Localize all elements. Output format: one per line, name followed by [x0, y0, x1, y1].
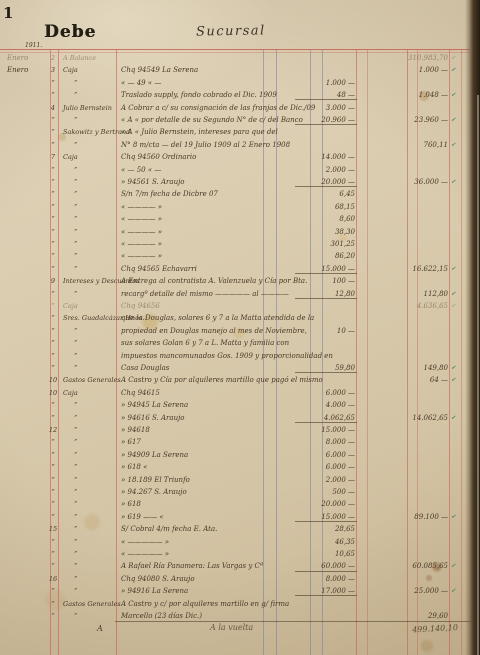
cell-partial-amount: 6,45	[268, 190, 355, 198]
cell-total-amount: 23.960 —	[385, 116, 448, 124]
audit-tick-icon	[451, 438, 461, 440]
audit-tick-icon	[451, 599, 461, 601]
audit-tick-icon	[451, 152, 461, 154]
cell-day: ”	[46, 79, 60, 87]
cell-day: ”	[46, 203, 60, 211]
cell-partial-amount: 68,15	[268, 203, 355, 211]
cell-partial-amount: 1.000 —	[268, 79, 355, 87]
audit-tick-icon	[451, 500, 461, 502]
cell-partial-amount: 20.960 —	[268, 116, 355, 124]
audit-tick-icon	[451, 239, 461, 241]
cell-detail: Marcello (23 días Dic.)	[121, 612, 371, 620]
cell-day: ”	[46, 116, 60, 124]
ledger-row: ” ” » 94909 La Serena 6.000 —	[0, 450, 480, 463]
ledger-row: ” ” » 618 20.000 —	[0, 499, 480, 512]
footer-catchword: A	[97, 624, 103, 633]
cell-day: ”	[46, 401, 60, 409]
cell-partial-amount: 15.000 —	[268, 513, 355, 521]
ledger-row: ” ” » 18.189 El Triunfo 2.000 —	[0, 475, 480, 488]
audit-tick-icon: ✓	[450, 512, 461, 522]
ledger-row: 12 ” » 94618 15.000 —	[0, 425, 480, 438]
cell-partial-amount: 2.000 —	[268, 476, 355, 484]
ledger-row: 16 ” Chq 94080 S. Araujo 8.000 —	[0, 574, 480, 587]
cell-partial-amount: 15.000 —	[268, 265, 355, 273]
cell-day: ”	[46, 252, 60, 260]
cell-day: 9	[46, 277, 60, 285]
cell-month: Enero	[7, 66, 47, 74]
cell-day: ”	[46, 587, 60, 595]
cell-day: ”	[46, 240, 60, 248]
cell-total-amount: 4.636,65	[385, 302, 448, 310]
audit-tick-icon	[451, 103, 461, 105]
cell-day: ”	[46, 600, 60, 608]
audit-tick-icon: ✓	[450, 586, 461, 596]
ledger-row: ” ” « ———— » 38,30	[0, 227, 480, 240]
cell-day: ”	[46, 550, 60, 558]
cell-day: ”	[46, 513, 60, 521]
cell-partial-amount: 8,60	[268, 215, 355, 223]
cell-month: Enero	[7, 54, 47, 62]
ledger-row: ” Gastos Generales A Castro y c/ por alq…	[0, 599, 480, 612]
cell-partial-amount: 59,80	[268, 364, 355, 372]
ledger-row: ” ” Traslado supply, fondo cobrado el Di…	[0, 90, 480, 103]
cell-partial-amount: 6.000 —	[268, 463, 355, 471]
cell-account: A Balance	[63, 54, 193, 62]
cell-partial-amount: 4.000 —	[268, 401, 355, 409]
ledger-row: 15 ” S/ Cobral 4/m fecha E. Ata. 28,65	[0, 524, 480, 537]
ledger-row: ” ” « ———— » 86,20	[0, 251, 480, 264]
cell-partial-amount: 48 —	[268, 91, 355, 99]
ledger-row: ” ” « ———— » 301,25	[0, 239, 480, 252]
cell-day: 4	[46, 104, 60, 112]
ledger-row: ” ” » 618 « 6.000 —	[0, 462, 480, 475]
ledger-row: ” ” sus solares Golan 6 y 7 a L. Matta y…	[0, 338, 480, 351]
cell-total-amount: 760,11	[385, 141, 448, 149]
cell-day: 3	[46, 66, 60, 74]
ledger-row: ” ” recargº detalle del mismo ————— al —…	[0, 289, 480, 302]
cell-day: ”	[46, 352, 60, 360]
cell-detail: Chq 94549 La Serena	[121, 66, 371, 74]
cell-partial-amount: 20.000 —	[268, 500, 355, 508]
cell-partial-amount: 86,20	[268, 252, 355, 260]
ledger-row: 7 Caja Chq 94560 Ordinario 14.000 —	[0, 152, 480, 165]
audit-tick-icon: ✓	[450, 413, 461, 423]
cell-day: ”	[46, 463, 60, 471]
audit-tick-icon	[451, 252, 461, 254]
cell-detail: sus solares Golan 6 y 7 a L. Matta y fam…	[121, 339, 371, 347]
cell-total-amount: 64 —	[385, 376, 448, 384]
cell-total-amount: 36.000 —	[385, 178, 448, 186]
cell-total-amount: 14.062,65	[385, 414, 448, 422]
cell-day: 16	[46, 575, 60, 583]
audit-tick-icon	[451, 202, 461, 204]
cell-total-amount: 149,80	[385, 364, 448, 372]
audit-tick-icon	[451, 549, 461, 551]
cell-day: ”	[46, 314, 60, 322]
ledger-row: ” ” propiedad en Douglas manejo al mes d…	[0, 326, 480, 339]
cell-day: ”	[46, 612, 60, 620]
cell-partial-amount: 28,65	[268, 525, 355, 533]
cell-partial-amount: 38,30	[268, 228, 355, 236]
cell-total-amount: 310.983,70	[385, 54, 448, 62]
cell-total-amount: 60.085,65	[385, 562, 448, 570]
cell-day: ”	[46, 302, 60, 310]
cell-partial-amount: 6.000 —	[268, 451, 355, 459]
cell-day: 10	[46, 376, 60, 384]
audit-tick-icon	[451, 524, 461, 526]
audit-tick-icon: ✓	[450, 562, 461, 572]
cell-day: ”	[46, 178, 60, 186]
audit-tick-icon	[451, 214, 461, 216]
ledger-row: ” ” » 94616 S. Araujo 4.062,65 14.062,65…	[0, 413, 480, 426]
cell-day: ”	[46, 476, 60, 484]
audit-tick-icon	[451, 276, 461, 278]
cell-total-amount: 1.000 —	[385, 66, 448, 74]
audit-tick-icon	[451, 326, 461, 328]
ledger-row: ” ” « ————— » 10,65	[0, 549, 480, 562]
cell-day: 15	[46, 525, 60, 533]
audit-tick-icon	[451, 475, 461, 477]
ledger-row: ” ” « A « por detalle de su Segundo N° d…	[0, 115, 480, 128]
cell-detail: N° 8 m/cta — del 19 Julio 1909 al 2 Ener…	[121, 141, 371, 149]
cell-detail: A Castro y c/ por alquileres martillo en…	[121, 600, 371, 608]
ledger-row: 4 Julio Bernstein A Cobrar a c/ su consi…	[0, 103, 480, 116]
cell-day: ”	[46, 438, 60, 446]
ledger-row: ” ” » 617 8.000 —	[0, 437, 480, 450]
audit-tick-icon	[451, 78, 461, 80]
ledger-row: Enero 2 A Balance 310.983,70 ✓	[0, 53, 480, 66]
cell-day: ”	[46, 215, 60, 223]
ledger-row: 10 Gastos Generales A Castro y Cía por a…	[0, 375, 480, 388]
cell-partial-amount: 100 —	[268, 277, 355, 285]
audit-tick-icon: ✓	[450, 66, 461, 76]
cell-day: ”	[46, 488, 60, 496]
cell-partial-amount: 500 —	[268, 488, 355, 496]
cell-day: ”	[46, 166, 60, 174]
cell-partial-amount: 3.000 —	[268, 104, 355, 112]
cell-day: 10	[46, 389, 60, 397]
cell-partial-amount: 4.062,65	[268, 414, 355, 422]
cell-day: ”	[46, 128, 60, 136]
audit-tick-icon	[451, 388, 461, 390]
cell-partial-amount: 12,80	[268, 290, 355, 298]
cell-total-amount: 1.048 —	[385, 91, 448, 99]
ledger-row: 9 Intereses y Descuentos A Entrega al co…	[0, 276, 480, 289]
audit-tick-icon	[451, 425, 461, 427]
audit-tick-icon	[451, 611, 461, 613]
cell-day: 2	[46, 54, 60, 62]
ledger-row: ” ” N° 8 m/cta — del 19 Julio 1909 al 2 …	[0, 140, 480, 153]
cell-day: ”	[46, 538, 60, 546]
audit-tick-icon: ✓	[450, 264, 461, 274]
cell-day: ”	[46, 500, 60, 508]
cell-detail: impuestos mancomunados Gos. 1909 y propo…	[121, 352, 371, 360]
cell-day: ”	[46, 414, 60, 422]
ledger-row: ” ” » 94561 S. Araujo 20.000 — 36.000 — …	[0, 177, 480, 190]
ledger-row: ” ” « — 50 « — 2.000 —	[0, 165, 480, 178]
audit-tick-icon	[451, 574, 461, 576]
ledger-row: ” ” Casa Douglas 59,80 149,80 ✓	[0, 363, 480, 376]
footer-sum-rule	[115, 621, 471, 622]
audit-tick-icon	[451, 165, 461, 167]
ledger-row: ” ” « ————— » 46,35	[0, 537, 480, 550]
ledger-row: ” ” « ———— » 68,15	[0, 202, 480, 215]
cell-partial-amount: 8.000 —	[268, 575, 355, 583]
ledger-row: ” ” » 619 —— « 15.000 — 89.100 — ✓	[0, 512, 480, 525]
cell-partial-amount: 10 —	[268, 327, 355, 335]
cell-day: ”	[46, 364, 60, 372]
audit-tick-icon: ✓	[450, 301, 461, 311]
ledger-page: 1 Debe Sucursal 1911. Enero 2 A Balance …	[0, 0, 480, 655]
cell-partial-amount: 10,65	[268, 550, 355, 558]
audit-tick-icon: ✓	[450, 289, 461, 299]
audit-tick-icon: ✓	[450, 53, 461, 63]
ledger-row: ” ” impuestos mancomunados Gos. 1909 y p…	[0, 351, 480, 364]
cell-partial-amount: 301,25	[268, 240, 355, 248]
cell-total-amount: 89.100 —	[385, 513, 448, 521]
audit-tick-icon: ✓	[450, 376, 461, 386]
ledger-row: ” ” S/n 7/m fecha de Dicbre 07 6,45	[0, 189, 480, 202]
cell-partial-amount: 8.000 —	[268, 438, 355, 446]
audit-tick-icon: ✓	[450, 140, 461, 150]
audit-tick-icon	[451, 227, 461, 229]
ledger-row: ” ” » 94945 La Serena 4.000 —	[0, 400, 480, 413]
audit-tick-icon	[451, 314, 461, 316]
binding-page-sliver	[477, 95, 479, 655]
audit-tick-icon: ✓	[450, 363, 461, 373]
cell-day: 7	[46, 153, 60, 161]
cell-day: ”	[46, 327, 60, 335]
cell-total-amount: 25.000 —	[385, 587, 448, 595]
cell-day: ”	[46, 339, 60, 347]
audit-tick-icon: ✓	[450, 177, 461, 187]
audit-tick-icon	[451, 487, 461, 489]
ledger-row: ” Caja Chq 94656 4.636,65 ✓	[0, 301, 480, 314]
ledger-row: ” ” A Rafael Ría Panamera: Las Vargas y …	[0, 561, 480, 574]
ledger-row: ” ” » 94916 La Serena 17.000 — 25.000 — …	[0, 586, 480, 599]
cell-partial-amount: 20.000 —	[268, 178, 355, 186]
ledger-row: Enero 3 Caja Chq 94549 La Serena 1.000 —…	[0, 65, 480, 78]
cell-partial-amount: 14.000 —	[268, 153, 355, 161]
audit-tick-icon	[451, 462, 461, 464]
cell-total-amount: 29,60	[385, 612, 448, 620]
cell-partial-amount: 60.000 —	[268, 562, 355, 570]
cell-day: ”	[46, 190, 60, 198]
ledger-row: 10 Caja Chq 94615 6.000 —	[0, 388, 480, 401]
cell-detail: Chq 94656	[121, 302, 371, 310]
cell-partial-amount: 2.000 —	[268, 166, 355, 174]
carry-forward-label: A la vuelta	[210, 623, 253, 632]
ledger-row: ” ” » 94.267 S. Araujo 500 —	[0, 487, 480, 500]
audit-tick-icon	[451, 400, 461, 402]
cell-detail: que la Douglas, solares 6 y 7 a la Matta…	[121, 314, 371, 322]
cell-day: ”	[46, 290, 60, 298]
cell-total-amount: 112,80	[385, 290, 448, 298]
audit-tick-icon: ✓	[450, 90, 461, 100]
audit-tick-icon	[451, 351, 461, 353]
cell-detail: A Castro y Cía por alquileres martillo q…	[121, 376, 371, 384]
cell-day: ”	[46, 562, 60, 570]
cell-day: 12	[46, 426, 60, 434]
cell-day: ”	[46, 451, 60, 459]
cell-partial-amount: 17.000 —	[268, 587, 355, 595]
audit-tick-icon: ✓	[450, 115, 461, 125]
ledger-row: ” Sres. Guadalcázar Hnos. que la Douglas…	[0, 313, 480, 326]
audit-tick-icon	[451, 338, 461, 340]
cell-day: ”	[46, 228, 60, 236]
ledger-row: ” ” « ———— » 8,60	[0, 214, 480, 227]
cell-partial-amount: 6.000 —	[268, 389, 355, 397]
cell-day: ”	[46, 141, 60, 149]
cell-day: ”	[46, 91, 60, 99]
audit-tick-icon	[451, 450, 461, 452]
audit-tick-icon	[451, 190, 461, 192]
cell-partial-amount: 15.000 —	[268, 426, 355, 434]
cell-day: ”	[46, 265, 60, 273]
cell-detail: « A « Julio Bernstein, intereses para qu…	[121, 128, 371, 136]
ledger-rows: Enero 2 A Balance 310.983,70 ✓ Enero 3 C…	[0, 0, 480, 655]
cell-partial-amount: 46,35	[268, 538, 355, 546]
cell-total-amount: 16.622,15	[385, 265, 448, 273]
audit-tick-icon	[451, 128, 461, 130]
ledger-row: ” ” « — 49 « — 1.000 —	[0, 78, 480, 91]
ledger-row: ” Sakowitz y Bertrand « A « Julio Bernst…	[0, 127, 480, 140]
ledger-row: ” ” Chq 94565 Echavarri 15.000 — 16.622,…	[0, 264, 480, 277]
audit-tick-icon	[451, 537, 461, 539]
